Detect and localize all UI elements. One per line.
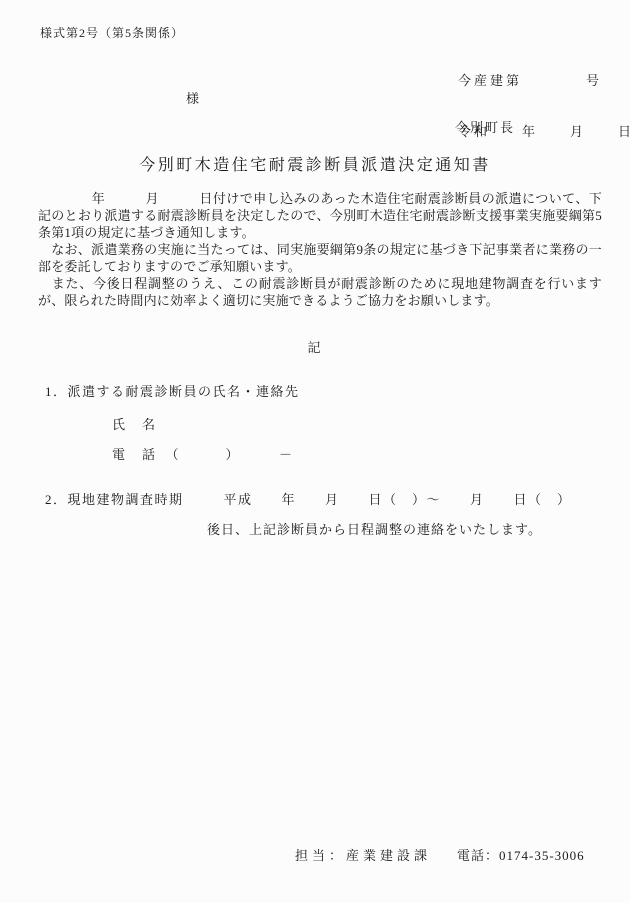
diagnostician-phone-field: 電 話 （ ） － [112, 444, 294, 463]
record-marker: 記 [0, 337, 630, 356]
body-paragraph-1: 年 月 日付けで申し込みのあった木造住宅耐震診断員の派遣について、下記のとおり派… [38, 190, 602, 241]
document-title: 今別町木造住宅耐震診断員派遣決定通知書 [0, 152, 630, 175]
document-number-line: 今産建第 号 [458, 72, 630, 89]
section2-note: 後日、上記診断員から日程調整の連絡をいたします。 [207, 519, 542, 538]
form-number: 様式第2号（第5条関係） [40, 24, 184, 41]
diagnostician-name-field: 氏 名 [112, 414, 157, 433]
body-paragraph-3: また、今後日程調整のうえ、この耐震診断員が耐震診断のために現地建物調査を行います… [38, 275, 602, 309]
addressee-honorific: 様 [186, 88, 201, 107]
section2-heading: 2．現地建物調査時期 [45, 489, 184, 508]
notification-document-page: 様式第2号（第5条関係） 今産建第 号 令和 年 月 日 様 今別町長 今別町木… [0, 0, 630, 903]
section2-line: 2．現地建物調査時期 平成 年 月 日（ ）～ 月 日（ ） [45, 489, 572, 508]
body-paragraph-2: なお、派遣業務の実施に当たっては、同実施要綱第9条の規定に基づき下記事業者に業務… [38, 241, 602, 275]
section1-heading: 1．派遣する耐震診断員の氏名・連絡先 [45, 381, 300, 400]
document-footer: 担当：産業建設課 電話：0174-35-3006 [295, 845, 585, 864]
sender-name: 今別町長 [455, 117, 515, 136]
footer-contact-phone: 電話：0174-35-3006 [457, 845, 585, 864]
document-body: 年 月 日付けで申し込みのあった木造住宅耐震診断員の派遣について、下記のとおり派… [38, 190, 602, 309]
survey-period-field: 平成 年 月 日（ ）～ 月 日（ ） [224, 489, 572, 508]
footer-contact-department: 担当：産業建設課 [295, 845, 431, 864]
